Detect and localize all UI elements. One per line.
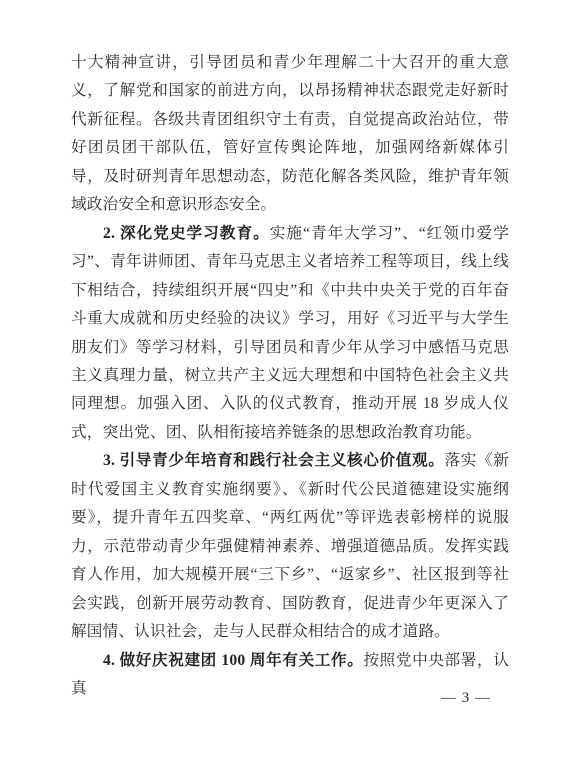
paragraph-lead: 4. 做好庆祝建团 100 周年有关工作。 — [103, 652, 363, 669]
paragraph-lead: 3. 引导青少年培育和践行社会主义核心价值观。 — [103, 452, 445, 469]
paragraph-lead: 2. 深化党史学习教育。 — [103, 225, 270, 242]
scanned-document-page: 十大精神宣讲，引导团员和青少年理解二十大召开的重大意义，了解党和国家的前进方向，… — [0, 0, 571, 768]
paragraph: 3. 引导青少年培育和践行社会主义核心价值观。落实《新时代爱国主义教育实施纲要》… — [71, 447, 509, 646]
page-number: — 3 — — [441, 688, 491, 708]
paragraph: 十大精神宣讲，引导团员和青少年理解二十大召开的重大意义，了解党和国家的前进方向，… — [71, 49, 509, 220]
document-body: 十大精神宣讲，引导团员和青少年理解二十大召开的重大意义，了解党和国家的前进方向，… — [71, 49, 509, 703]
paragraph: 2. 深化党史学习教育。实施“青年大学习”、“红领巾爱学习”、青年讲师团、青年马… — [71, 220, 509, 448]
